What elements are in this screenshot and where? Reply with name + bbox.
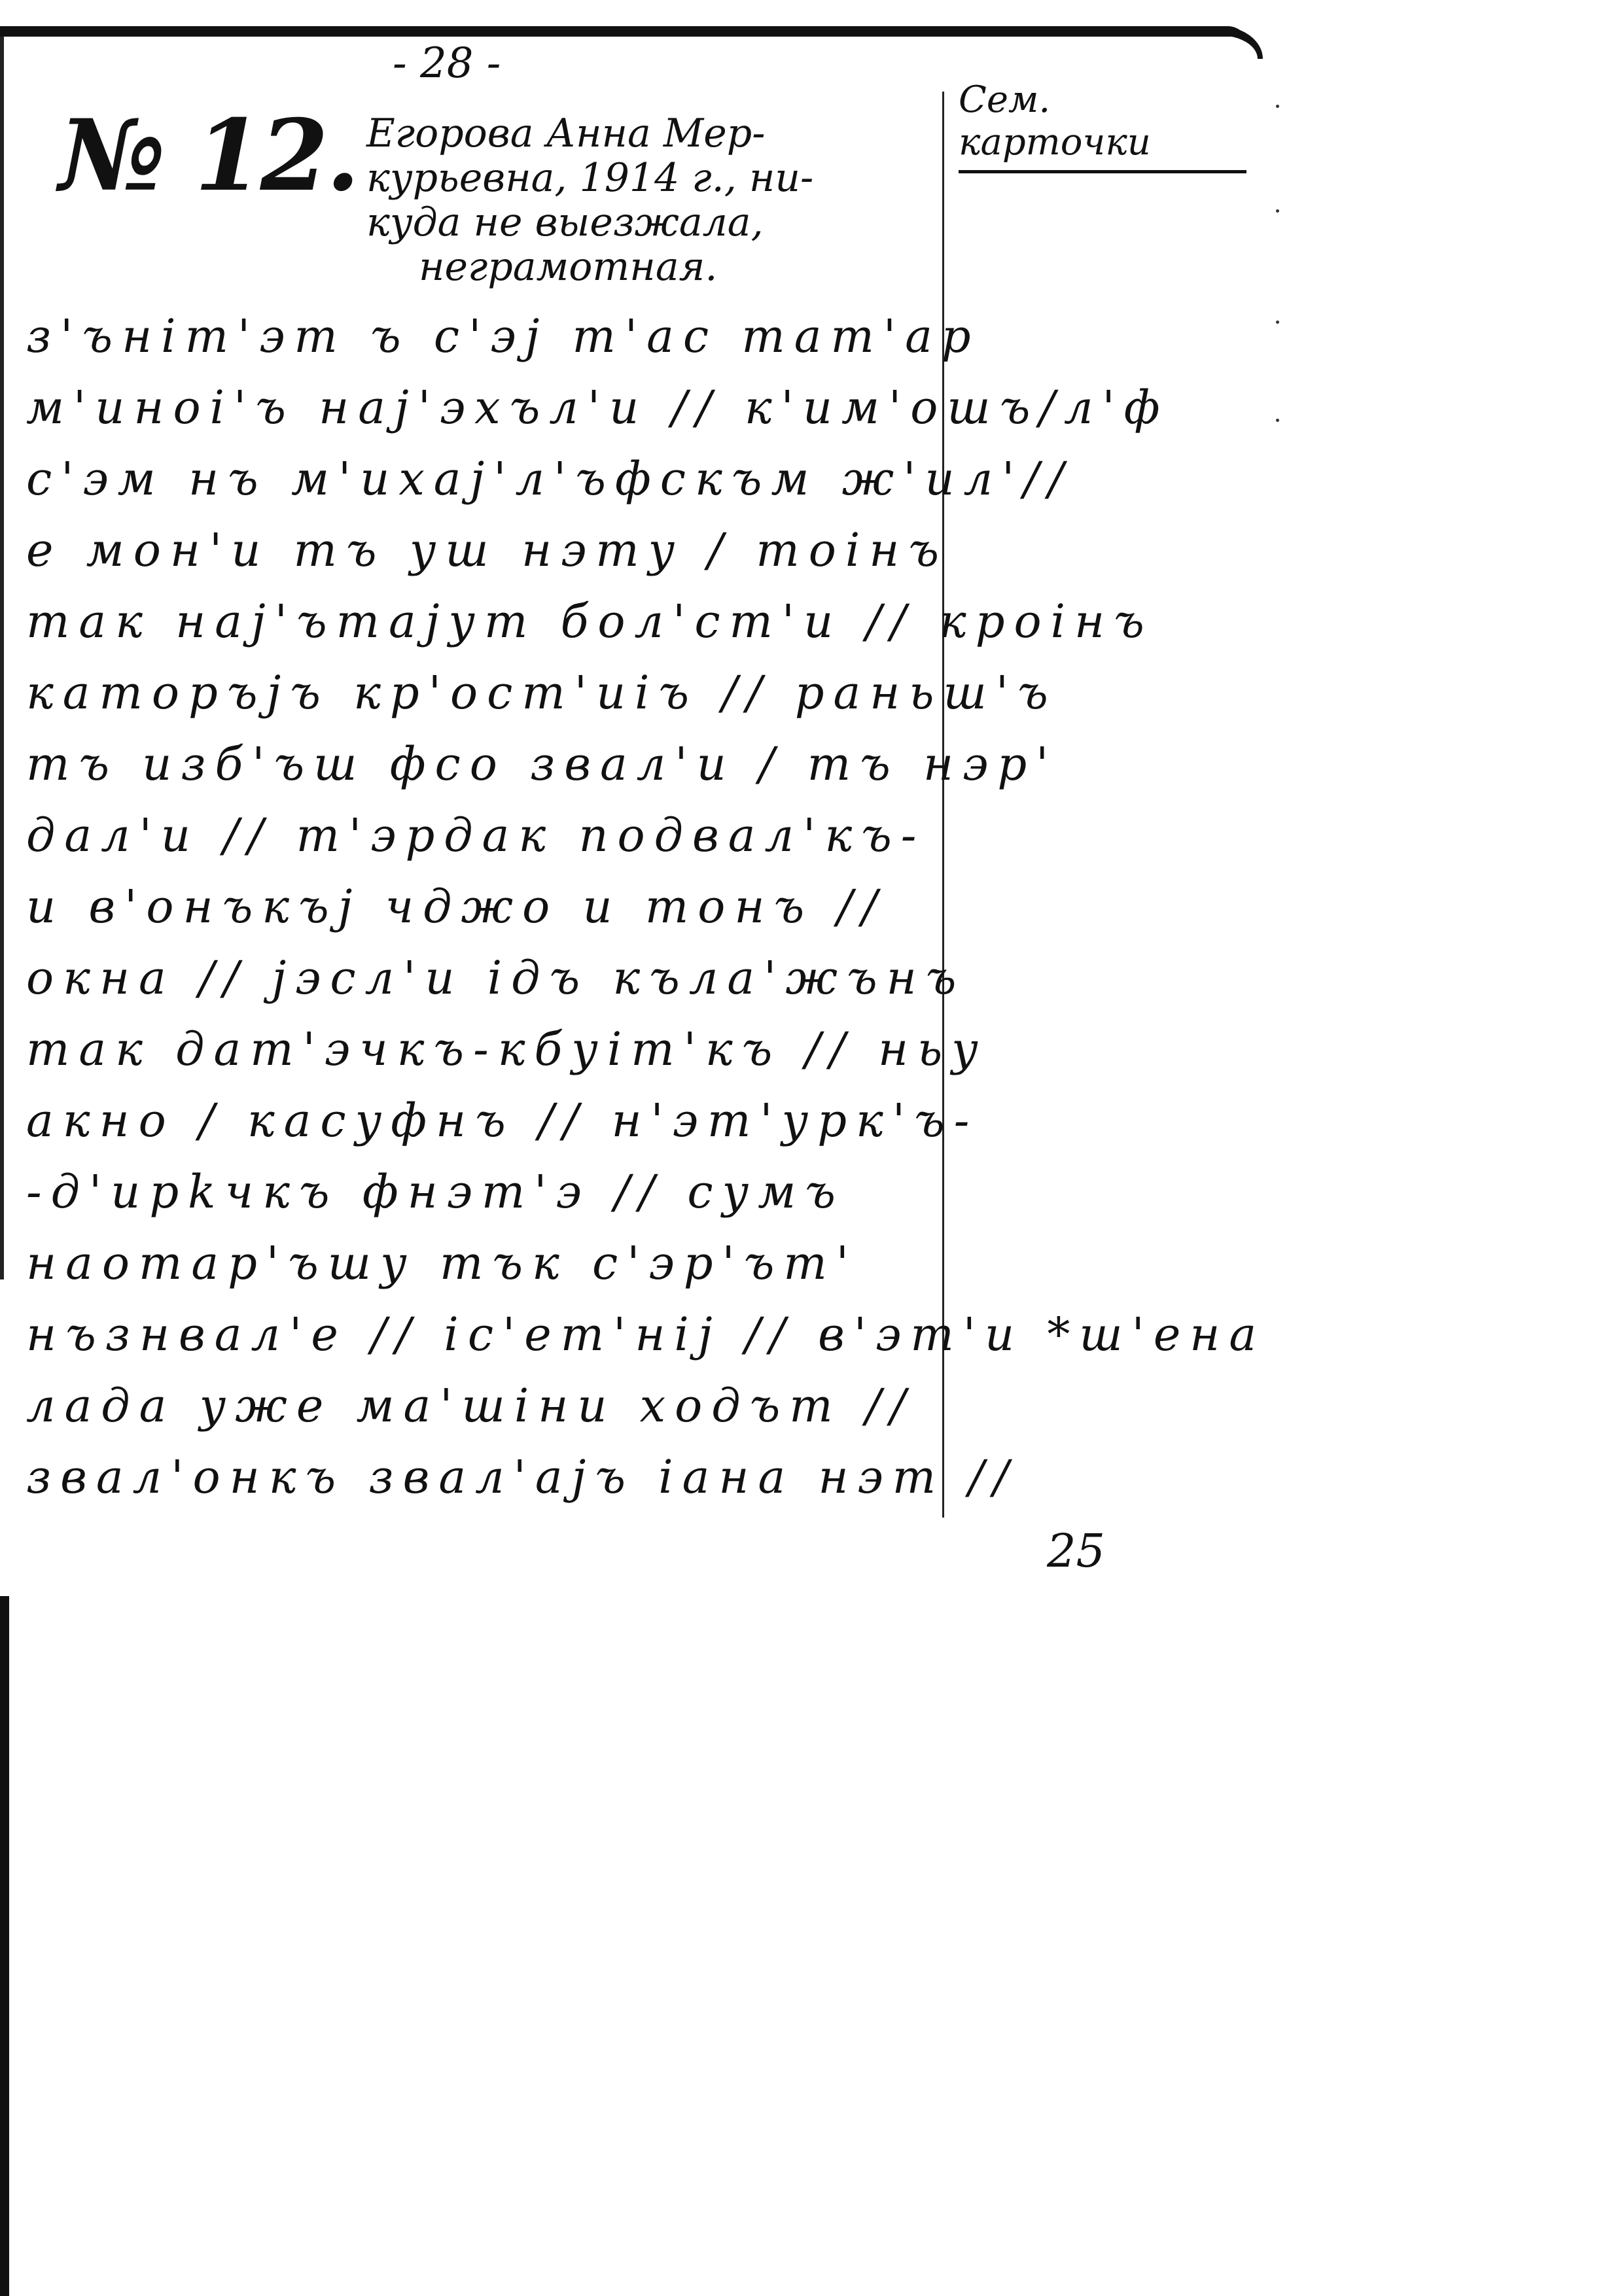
transcription-line: так наj'ътаjут бол'ст'и // кроiнъ	[26, 586, 1237, 657]
transcription-line: тъ изб'ъш фсо звал'и / тъ нэр'	[26, 729, 1237, 800]
transcription-line: нъзнвал'е // iс'ет'нij // в'эт'и *ш'ена	[26, 1299, 1237, 1370]
transcription-line: е мон'и тъ уш нэту / тоiнъ	[26, 515, 1237, 586]
transcription-line: м'иноi'ъ наj'эхъл'и // к'им'ошъ/л'ф	[26, 372, 1237, 444]
transcription-line: з'ънiт'эm ъ с'эj т'ас тат'ар	[26, 301, 1237, 372]
header-line: Егорова Анна Мер-	[366, 111, 929, 156]
header-line: куда не выезжала,	[366, 200, 929, 245]
top-border-curl	[1204, 26, 1263, 59]
transcription-line: акно / касуфнъ // н'эт'урк'ъ-	[26, 1085, 1237, 1157]
transcription-body: з'ънiт'эm ъ с'эj т'ас тат'ар м'иноi'ъ на…	[26, 301, 1237, 1513]
header-line: неграмотная.	[366, 245, 929, 289]
transcription-line: и в'онъкъj чджо и тонъ //	[26, 871, 1237, 943]
transcription-line: окна // jэсл'и iдъ къла'жънъ	[26, 943, 1237, 1014]
transcription-line: лада уже ма'шiни ходът //	[26, 1370, 1237, 1442]
transcription-line: дал'и // т'эрдак подвал'къ-	[26, 800, 1237, 871]
left-page-edge	[0, 37, 4, 1279]
header-line: курьевна, 1914 г., ни-	[366, 156, 929, 200]
top-border-rule	[0, 26, 1243, 37]
left-page-edge-bottom	[0, 1596, 9, 2296]
transcription-line: с'эм нъ м'ихаj'л'ъфскъм ж'ил'//	[26, 444, 1237, 515]
transcription-line: -д'ирkчкъ фнэт'э // сумъ	[26, 1157, 1237, 1228]
page-number: - 28 -	[393, 39, 501, 88]
folio-number: 25	[1047, 1524, 1105, 1578]
transcription-line: так дат'эчкъ-кбуiт'къ // ньу	[26, 1014, 1237, 1085]
margin-dots	[1276, 105, 1280, 432]
entry-number: № 12.	[59, 98, 357, 213]
transcription-line: наотар'ъшу тък с'эр'ът'	[26, 1228, 1237, 1299]
transcription-line: звал'онкъ звал'аjъ iана нэт //	[26, 1442, 1237, 1513]
informant-header: Егорова Анна Мер- курьевна, 1914 г., ни-…	[366, 111, 929, 289]
side-note: Сем. карточки	[959, 78, 1246, 173]
transcription-line: каторъjъ кр'ост'иiъ // раньш'ъ	[26, 657, 1237, 729]
